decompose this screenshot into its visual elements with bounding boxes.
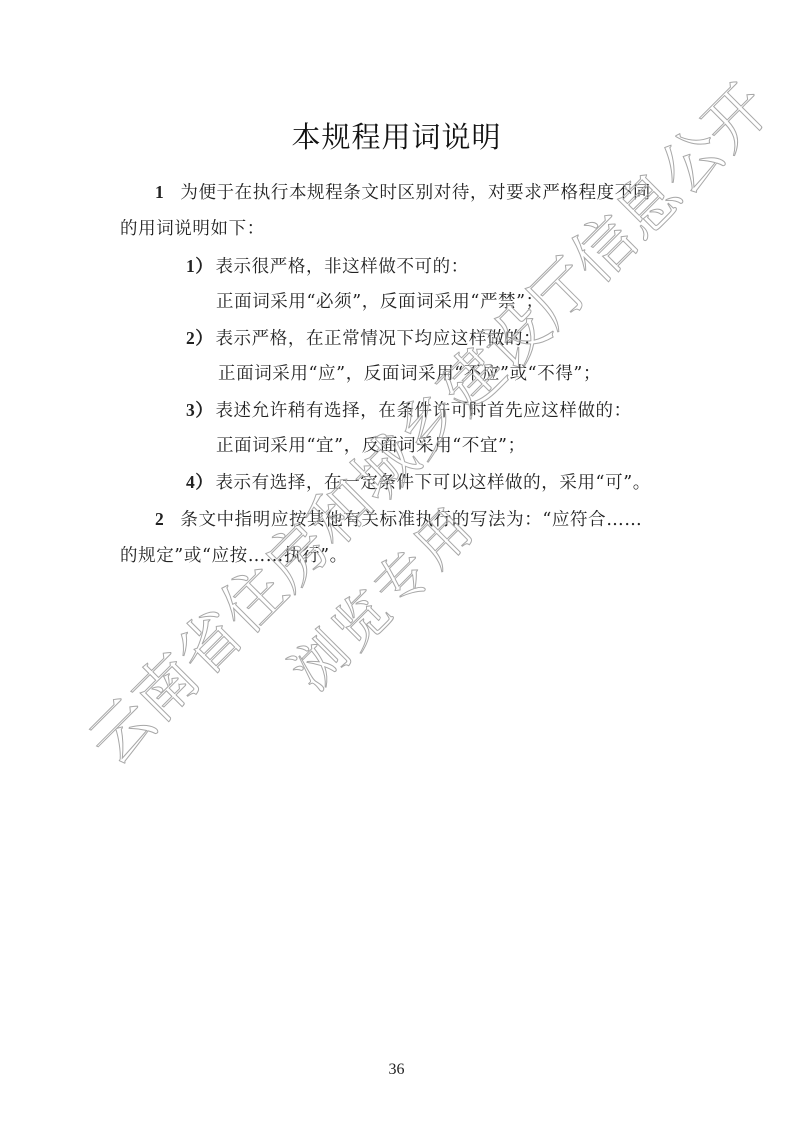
clause-2-line-1: 2条文中指明应按其他有关标准执行的写法为：“应符合…… [155,507,642,532]
clause-text: 为便于在执行本规程条文时区别对待，对要求严格程度不同 [180,183,651,203]
clause-number: 2 [155,509,164,529]
item-4: 4）表示有选择，在一定条件下可以这样做的，采用“可”。 [186,470,651,495]
item-2: 2）表示严格，在正常情况下均应这样做的： [186,326,541,351]
item-3: 3）表述允许稍有选择，在条件许可时首先应这样做的： [186,398,632,423]
clause-2-line-2: 的规定”或“应按……执行”。 [120,544,348,568]
page-number: 36 [0,1061,793,1079]
item-number: 1） [186,256,213,276]
item-text: 表示很严格，非这样做不可的： [215,257,468,277]
clause-1-line-2: 的用词说明如下： [120,217,265,241]
item-number: 4） [186,472,213,492]
item-text: 表述允许稍有选择，在条件许可时首先应这样做的： [215,401,631,421]
page-title: 本规程用词说明 [0,115,793,156]
item-2-detail: 正面词采用“应”，反面词采用“不应”或“不得”； [218,362,601,386]
item-1-detail: 正面词采用“必须”，反面词采用“严禁”； [216,290,544,314]
item-text: 表示有选择，在一定条件下可以这样做的，采用“可”。 [215,473,650,493]
clause-text: 条文中指明应按其他有关标准执行的写法为：“应符合…… [180,510,642,530]
item-number: 2） [186,328,213,348]
item-3-detail: 正面词采用“宜”，反面词采用“不宜”； [216,434,526,458]
item-number: 3） [186,400,213,420]
clause-number: 1 [155,182,164,202]
item-text: 表示严格，在正常情况下均应这样做的： [215,329,541,349]
item-1: 1）表示很严格，非这样做不可的： [186,254,469,279]
clause-1-line-1: 1为便于在执行本规程条文时区别对待，对要求严格程度不同 [155,180,651,205]
